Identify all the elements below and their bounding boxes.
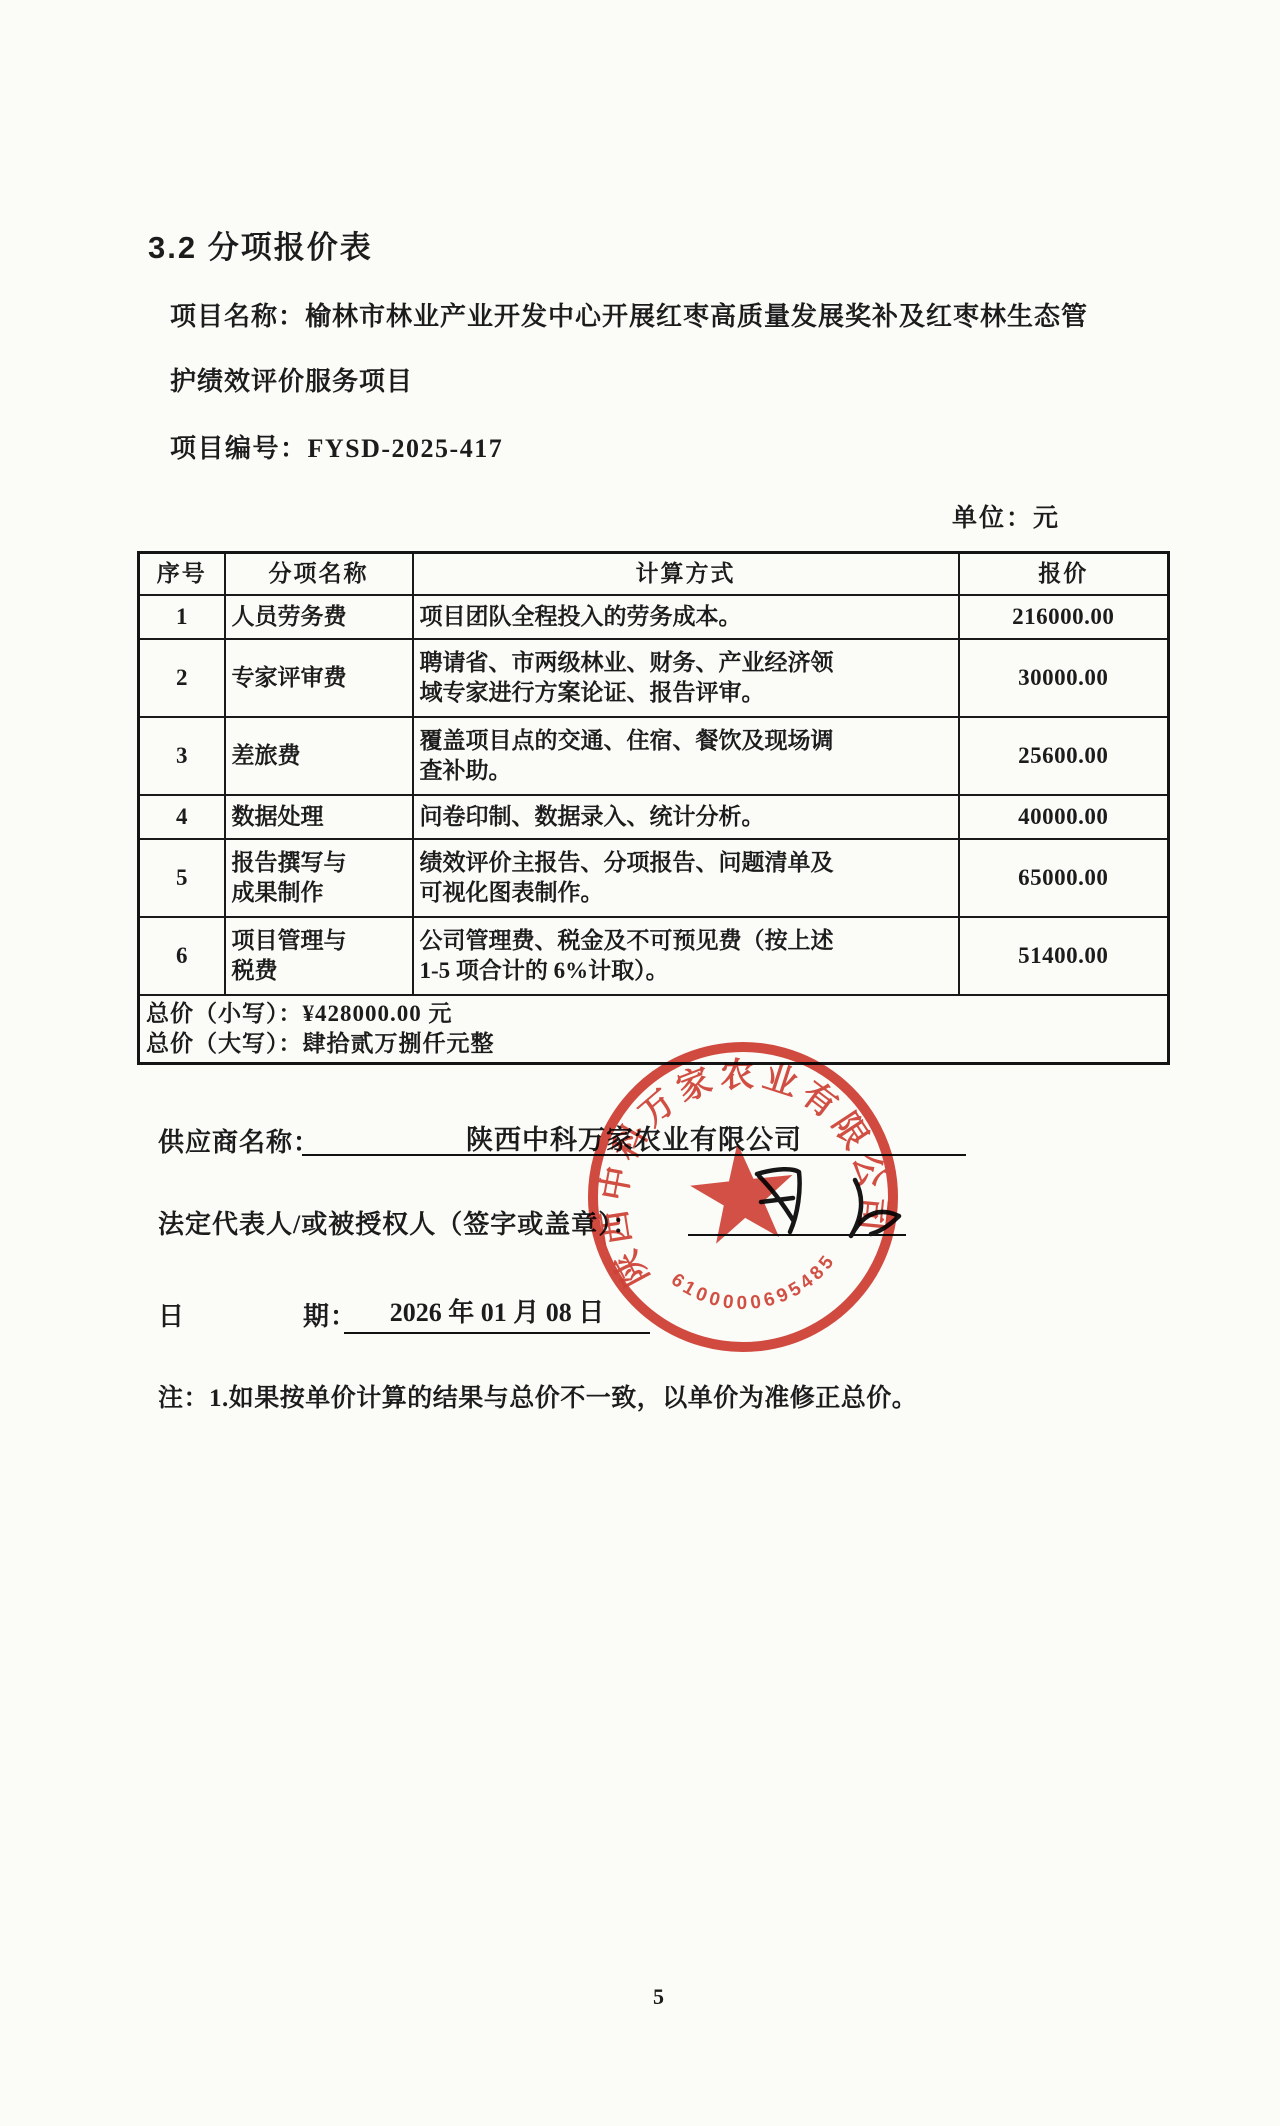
- company-stamp: 陕西中科万家农业有限公司 6100000695485: [556, 1010, 930, 1384]
- row-no: 4: [139, 795, 225, 839]
- row-name: 差旅费: [225, 717, 413, 795]
- row-method: 公司管理费、税金及不可预见费（按上述 1-5 项合计的 6%计取）。: [413, 917, 959, 995]
- date-label-left: 日: [158, 1302, 185, 1331]
- table-row: 2 专家评审费 聘请省、市两级林业、财务、产业经济领 域专家进行方案论证、报告评…: [139, 639, 1169, 717]
- row-name: 人员劳务费: [225, 595, 413, 639]
- project-number: 项目编号：FYSD-2025-417: [170, 428, 1170, 465]
- table-row: 4 数据处理 问卷印制、数据录入、统计分析。 40000.00: [139, 795, 1169, 839]
- header-method: 计算方式: [413, 553, 959, 596]
- row-method: 绩效评价主报告、分项报告、问题清单及 可视化图表制作。: [413, 839, 959, 917]
- row-name: 项目管理与 税费: [225, 917, 413, 995]
- row-price: 65000.00: [959, 839, 1169, 917]
- row-no: 3: [139, 717, 225, 795]
- row-price: 30000.00: [959, 639, 1169, 717]
- header-item-name: 分项名称: [225, 553, 413, 596]
- row-method: 项目团队全程投入的劳务成本。: [413, 595, 959, 639]
- quotation-table: 序号 分项名称 计算方式 报价 1 人员劳务费 项目团队全程投入的劳务成本。 2…: [137, 551, 1170, 1065]
- row-price: 216000.00: [959, 595, 1169, 639]
- table-row: 3 差旅费 覆盖项目点的交通、住宿、餐饮及现场调 查补助。 25600.00: [139, 717, 1169, 795]
- supplier-name-label: 供应商名称：: [158, 1122, 320, 1159]
- header-price: 报价: [959, 553, 1169, 596]
- row-name: 数据处理: [225, 795, 413, 839]
- row-no: 2: [139, 639, 225, 717]
- section-title: 3.2 分项报价表: [148, 222, 373, 267]
- stamp-star-icon: [686, 1138, 798, 1246]
- total-lowercase: 总价（小写）：¥428000.00 元: [146, 999, 1161, 1029]
- stamp-serial-text: 6100000695485: [665, 1248, 845, 1323]
- table-header-row: 序号 分项名称 计算方式 报价: [139, 553, 1169, 596]
- row-price: 25600.00: [959, 717, 1169, 795]
- table-row: 5 报告撰写与 成果制作 绩效评价主报告、分项报告、问题清单及 可视化图表制作。…: [139, 839, 1169, 917]
- row-method: 覆盖项目点的交通、住宿、餐饮及现场调 查补助。: [413, 717, 959, 795]
- row-name: 专家评审费: [225, 639, 413, 717]
- row-method: 聘请省、市两级林业、财务、产业经济领 域专家进行方案论证、报告评审。: [413, 639, 959, 717]
- page-number: 5: [653, 1984, 664, 2010]
- row-no: 1: [139, 595, 225, 639]
- project-name-line2: 护绩效评价服务项目: [170, 361, 1170, 398]
- row-no: 5: [139, 839, 225, 917]
- legal-representative-label: 法定代表人/或被授权人（签字或盖章）：: [158, 1204, 639, 1241]
- date-label: 日期：: [158, 1296, 357, 1333]
- row-no: 6: [139, 917, 225, 995]
- footnote: 注：1.如果按单价计算的结果与总价不一致，以单价为准修正总价。: [158, 1378, 917, 1414]
- row-price: 51400.00: [959, 917, 1169, 995]
- row-price: 40000.00: [959, 795, 1169, 839]
- table-row: 1 人员劳务费 项目团队全程投入的劳务成本。 216000.00: [139, 595, 1169, 639]
- unit-note: 单位：元: [952, 498, 1060, 534]
- project-name-line1: 项目名称：榆林市林业产业开发中心开展红枣高质量发展奖补及红枣林生态管: [170, 296, 1170, 333]
- header-seq: 序号: [139, 553, 225, 596]
- row-method: 问卷印制、数据录入、统计分析。: [413, 795, 959, 839]
- table-row: 6 项目管理与 税费 公司管理费、税金及不可预见费（按上述 1-5 项合计的 6…: [139, 917, 1169, 995]
- row-name: 报告撰写与 成果制作: [225, 839, 413, 917]
